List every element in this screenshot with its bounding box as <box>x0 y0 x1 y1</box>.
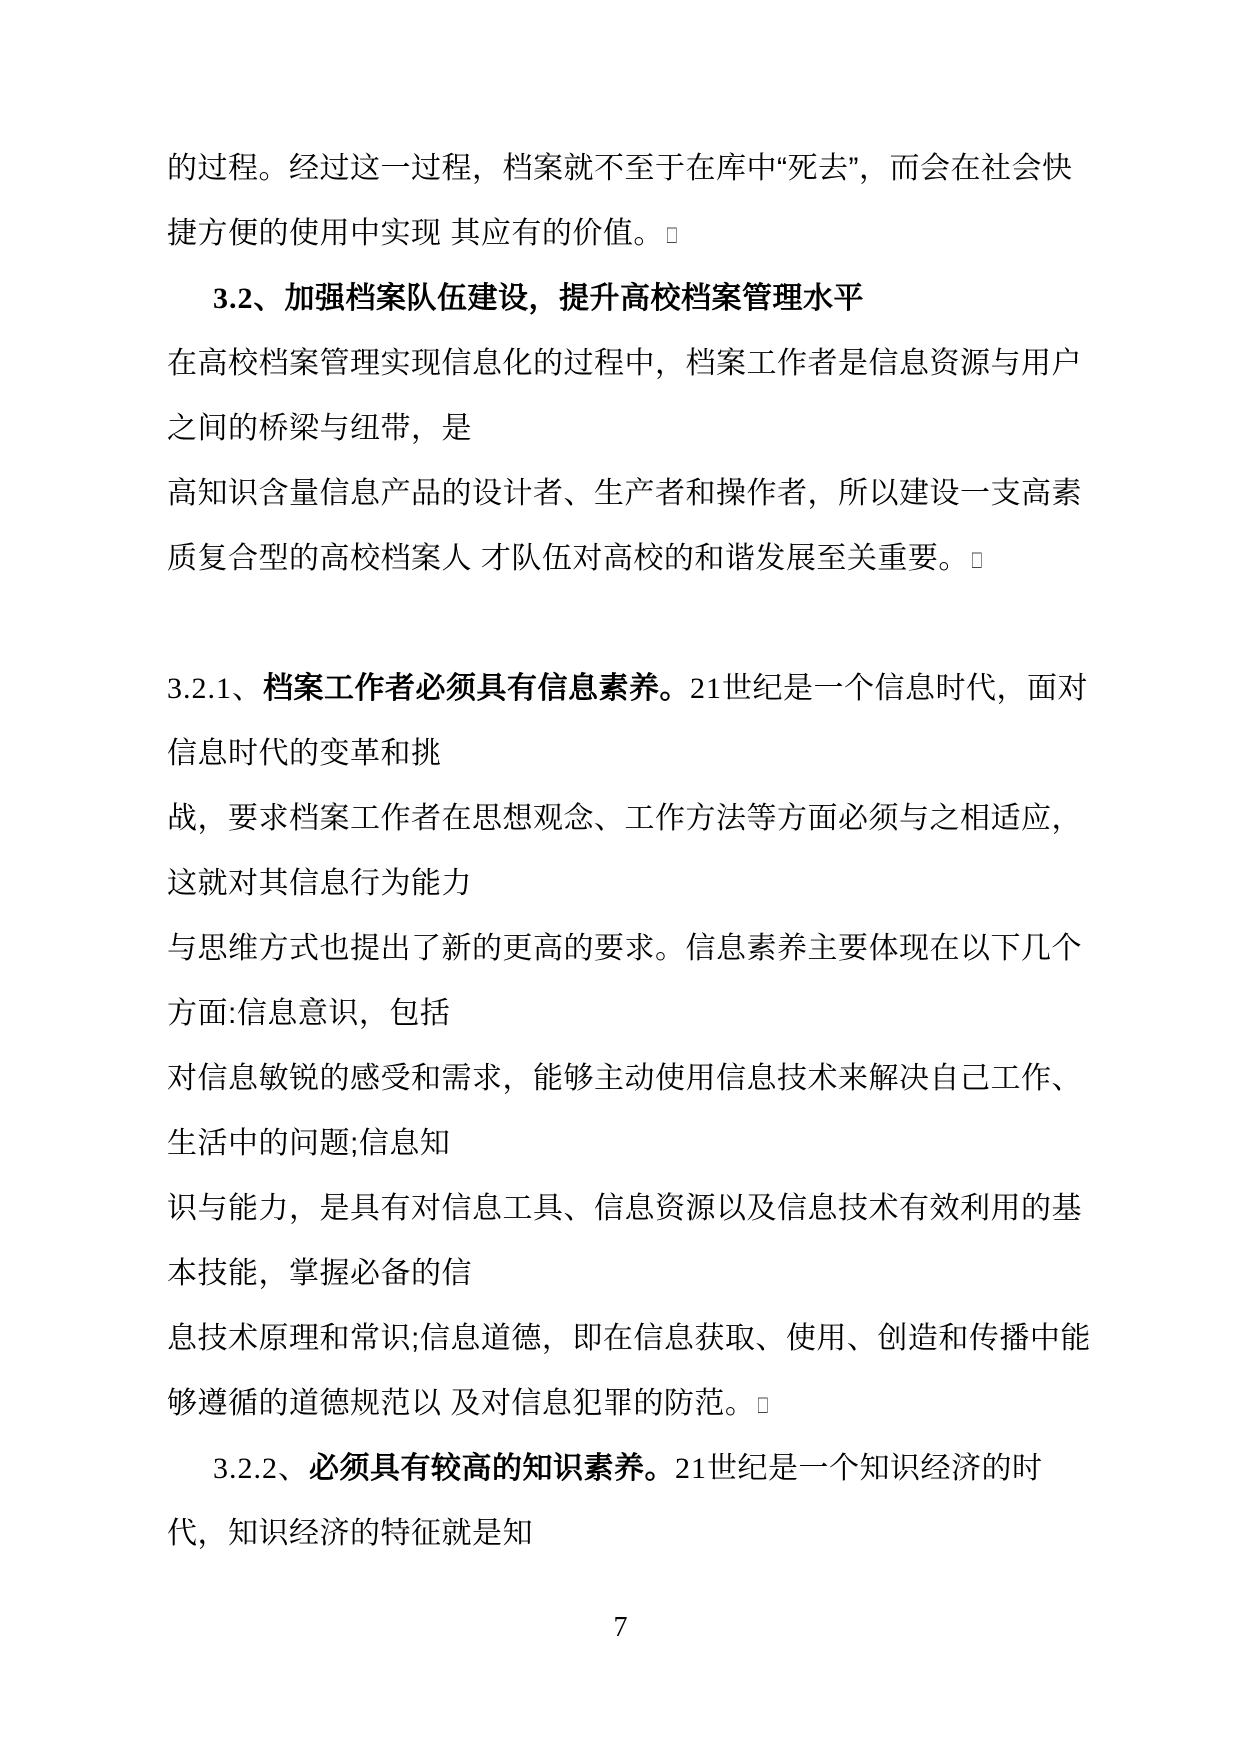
paragraph-mark-icon: □ <box>972 527 982 592</box>
text-line: 这就对其信息行为能力 <box>167 851 1082 916</box>
text-segment: 21 <box>675 1452 707 1485</box>
text-segment: 这就对其信息行为能力 <box>167 867 472 900</box>
text-line: 在高校档案管理实现信息化的过程中，档案工作者是信息资源与用户 <box>167 331 1082 396</box>
text-segment: 加强档案队伍建设，提升高校档案管理水平 <box>285 282 865 315</box>
text-segment: 必须具有较高的知识素养。 <box>309 1452 675 1485</box>
text-segment: 21 <box>690 672 722 705</box>
text-segment: 质复合型的高校档案人 才队伍对高校的和谐发展至关重要。 <box>167 542 969 575</box>
text-line: 信息时代的变革和挑 <box>167 721 1082 786</box>
document-page: 的过程。经过这一过程，档案就不至于在库中“死去”，而会在社会快捷方便的使用中实现… <box>0 0 1241 1754</box>
text-line: 捷方便的使用中实现 其应有的价值。□ <box>167 201 1082 266</box>
text-segment: 代，知识经济的特征就是知 <box>167 1517 533 1550</box>
text-segment: 本技能，掌握必备的信 <box>167 1257 472 1290</box>
text-line: 够遵循的道德规范以 及对信息犯罪的防范。□ <box>167 1371 1082 1436</box>
text-segment: 的过程。经过这一过程，档案就不至于在库中“死去”，而会在社会快 <box>167 152 1072 185</box>
section-heading-3-2: 3.2、加强档案队伍建设，提升高校档案管理水平 <box>167 266 1082 331</box>
page-body: 的过程。经过这一过程，档案就不至于在库中“死去”，而会在社会快捷方便的使用中实现… <box>167 136 1082 1566</box>
text-segment: 战，要求档案工作者在思想观念、工作方法等方面必须与之相适应， <box>167 802 1082 835</box>
text-segment: 在高校档案管理实现信息化的过程中，档案工作者是信息资源与用户 <box>167 347 1082 380</box>
text-line: 代，知识经济的特征就是知 <box>167 1501 1082 1566</box>
paragraph-mark-icon: □ <box>758 1372 768 1437</box>
text-segment: 与思维方式也提出了新的更高的要求。信息素养主要体现在以下几个 <box>167 932 1082 965</box>
text-segment: 3.2、 <box>213 282 285 315</box>
text-segment: 息技术原理和常识;信息道德，即在信息获取、使用、创造和传播中能 <box>167 1322 1091 1355</box>
text-line: 对信息敏锐的感受和需求，能够主动使用信息技术来解决自己工作、 <box>167 1046 1082 1111</box>
text-segment: 够遵循的道德规范以 及对信息犯罪的防范。 <box>167 1387 755 1420</box>
text-segment: 档案工作者必须具有信息素养。 <box>263 672 690 705</box>
text-line: 与思维方式也提出了新的更高的要求。信息素养主要体现在以下几个 <box>167 916 1082 981</box>
section-heading-3-2-2: 3.2.2、必须具有较高的知识素养。21世纪是一个知识经济的时 <box>167 1436 1082 1501</box>
text-segment: 方面:信息意识，包括 <box>167 997 450 1030</box>
text-line: 的过程。经过这一过程，档案就不至于在库中“死去”，而会在社会快 <box>167 136 1082 201</box>
text-line: 本技能，掌握必备的信 <box>167 1241 1082 1306</box>
blank-line <box>167 591 1082 656</box>
page-footer: 7 <box>0 1612 1241 1644</box>
text-line: 高知识含量信息产品的设计者、生产者和操作者，所以建设一支高素 <box>167 461 1082 526</box>
text-segment: 信息时代的变革和挑 <box>167 737 442 770</box>
page-number: 7 <box>614 1612 628 1643</box>
text-segment: 3.2.2、 <box>213 1452 309 1485</box>
text-line: 之间的桥梁与纽带，是 <box>167 396 1082 461</box>
text-segment: 高知识含量信息产品的设计者、生产者和操作者，所以建设一支高素 <box>167 477 1082 510</box>
text-segment: 对信息敏锐的感受和需求，能够主动使用信息技术来解决自己工作、 <box>167 1062 1082 1095</box>
text-segment: 识与能力，是具有对信息工具、信息资源以及信息技术有效利用的基 <box>167 1192 1082 1225</box>
text-line: 识与能力，是具有对信息工具、信息资源以及信息技术有效利用的基 <box>167 1176 1082 1241</box>
text-line: 息技术原理和常识;信息道德，即在信息获取、使用、创造和传播中能 <box>167 1306 1082 1371</box>
text-line: 质复合型的高校档案人 才队伍对高校的和谐发展至关重要。□ <box>167 526 1082 591</box>
text-segment: 世纪是一个信息时代，面对 <box>722 672 1088 705</box>
text-segment: 捷方便的使用中实现 其应有的价值。 <box>167 217 664 250</box>
text-line: 生活中的问题;信息知 <box>167 1111 1082 1176</box>
text-segment: 3.2.1、 <box>167 672 263 705</box>
text-segment: 生活中的问题;信息知 <box>167 1127 450 1160</box>
text-line: 战，要求档案工作者在思想观念、工作方法等方面必须与之相适应， <box>167 786 1082 851</box>
text-line: 方面:信息意识，包括 <box>167 981 1082 1046</box>
section-heading-3-2-1: 3.2.1、档案工作者必须具有信息素养。21世纪是一个信息时代，面对 <box>167 656 1082 721</box>
text-segment: 世纪是一个知识经济的时 <box>707 1452 1043 1485</box>
paragraph-mark-icon: □ <box>667 202 677 267</box>
text-segment: 之间的桥梁与纽带，是 <box>167 412 472 445</box>
